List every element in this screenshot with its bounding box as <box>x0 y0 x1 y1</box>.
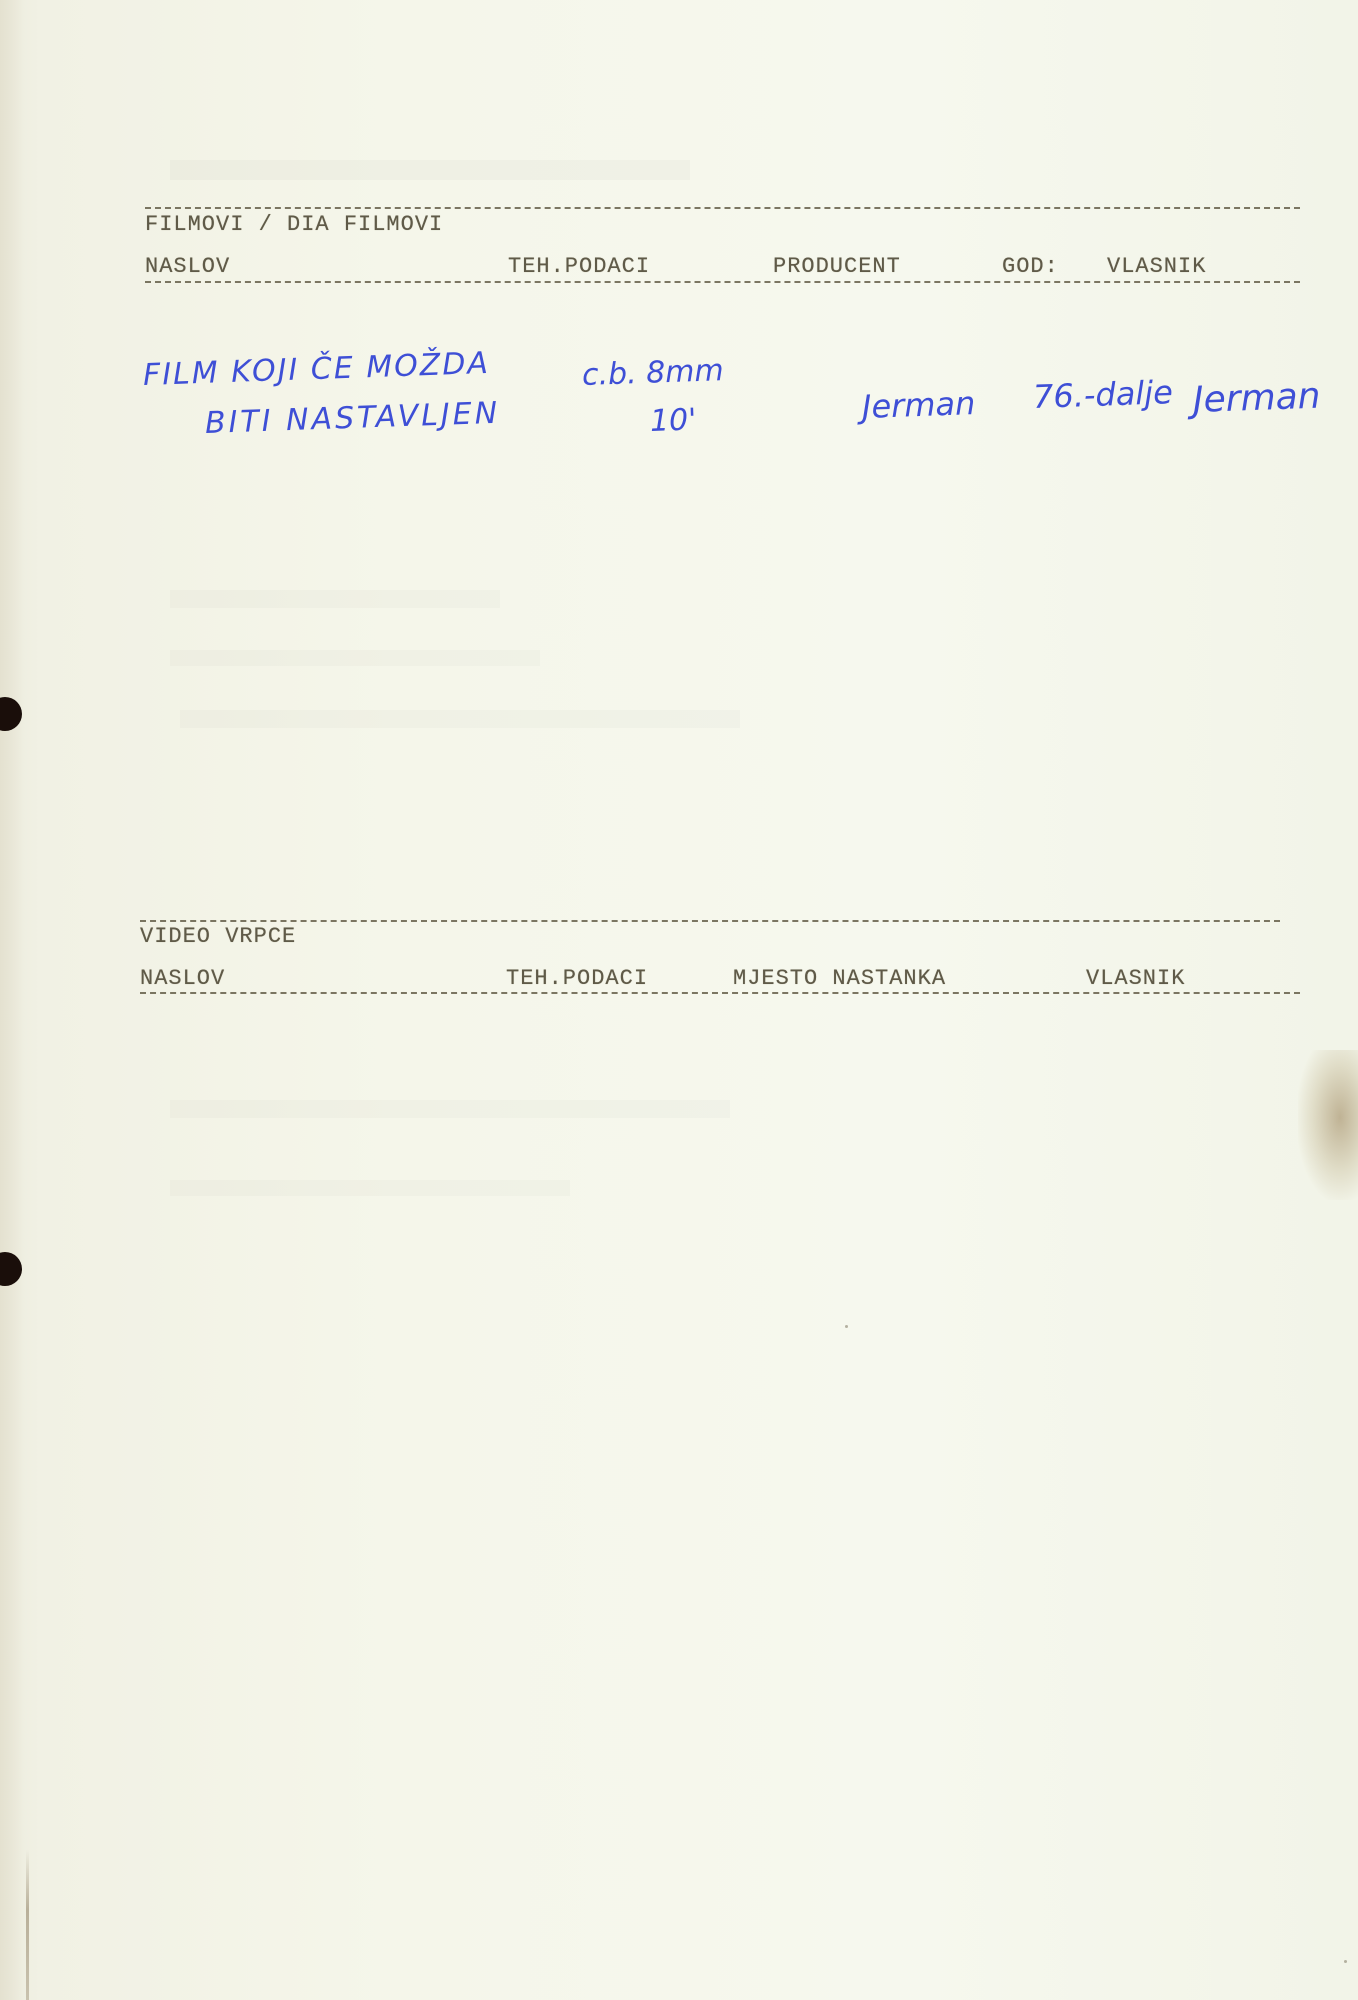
stain <box>1298 1050 1358 1200</box>
films-section-title: FILMOVI / DIA FILMOVI <box>145 212 443 237</box>
entry-title-line2: BITI NASTAVLJEN <box>204 396 500 441</box>
films-header-naslov: NASLOV <box>145 254 230 279</box>
films-header-rule <box>145 281 1300 283</box>
video-top-rule <box>140 920 1280 922</box>
entry-title-line1: FILM KOJI ČE MOŽDA <box>142 346 490 393</box>
video-header-vlasnik: VLASNIK <box>1086 966 1185 991</box>
video-header-mjesto-nastanka: MJESTO NASTANKA <box>733 966 946 991</box>
films-header-god: GOD: <box>1002 254 1059 279</box>
entry-producer: Jerman <box>861 384 976 426</box>
video-header-naslov: NASLOV <box>140 966 225 991</box>
video-header-rule <box>140 992 1300 994</box>
entry-year: 76.-dalje <box>1032 373 1173 416</box>
films-header-teh-podaci: TEH.PODACI <box>508 254 650 279</box>
films-header-producent: PRODUCENT <box>773 254 901 279</box>
video-section-title: VIDEO VRPCE <box>140 924 296 949</box>
entry-tech-line2: 10' <box>649 402 697 439</box>
films-header-vlasnik: VLASNIK <box>1107 254 1206 279</box>
films-top-rule <box>145 207 1300 209</box>
speck <box>845 1325 848 1328</box>
page-shadow <box>0 0 24 2000</box>
entry-owner: Jerman <box>1192 376 1321 421</box>
page-edge <box>26 1850 29 2000</box>
video-header-teh-podaci: TEH.PODACI <box>506 966 648 991</box>
speck <box>1344 1960 1347 1963</box>
entry-tech-line1: c.b. 8mm <box>581 353 724 393</box>
